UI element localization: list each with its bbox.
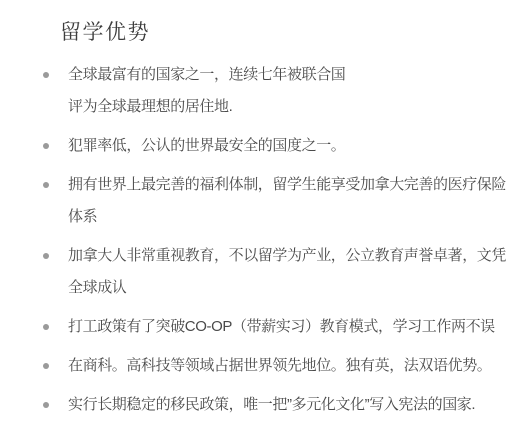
list-item-text: 犯罪率低，公认的世界最安全的国度之一。 [68,130,345,162]
list-item: 实行长期稳定的移民政策，唯一把”多元化文化”写入宪法的国家. [40,389,512,421]
list-item-text: 打工政策有了突破CO-OP（带薪实习）教育模式，学习工作两不误 [68,311,495,343]
bullet-icon [43,143,49,149]
list-item: 拥有世界上最完善的福利体制，留学生能享受加拿大完善的医疗保险 体系 [40,169,512,233]
list-item-text: 实行长期稳定的移民政策，唯一把”多元化文化”写入宪法的国家. [68,389,475,421]
list-item: 犯罪率低，公认的世界最安全的国度之一。 [40,130,512,162]
list-item: 在商科。高科技等领域占据世界领先地位。独有英，法双语优势。 [40,350,512,382]
bullet-icon [43,324,49,330]
list-item-text: 拥有世界上最完善的福利体制，留学生能享受加拿大完善的医疗保险 体系 [68,169,506,233]
list-item-text: 全球最富有的国家之一，连续七年被联合国 评为全球最理想的居住地. [68,59,345,123]
bullet-icon [43,72,49,78]
advantages-list: 全球最富有的国家之一，连续七年被联合国 评为全球最理想的居住地. 犯罪率低，公认… [40,59,512,421]
list-item-text: 加拿大人非常重视教育，不以留学为产业，公立教育声誉卓著，文凭 全球成认 [68,240,506,304]
list-item-text: 在商科。高科技等领域占据世界领先地位。独有英，法双语优势。 [68,350,491,382]
bullet-icon [43,363,49,369]
list-item: 打工政策有了突破CO-OP（带薪实习）教育模式，学习工作两不误 [40,311,512,343]
bullet-icon [43,182,49,188]
bullet-icon [43,402,49,408]
study-abroad-advantages-page: 留学优势 全球最富有的国家之一，连续七年被联合国 评为全球最理想的居住地. 犯罪… [0,0,512,438]
list-item: 全球最富有的国家之一，连续七年被联合国 评为全球最理想的居住地. [40,59,512,123]
list-item: 加拿大人非常重视教育，不以留学为产业，公立教育声誉卓著，文凭 全球成认 [40,240,512,304]
bullet-icon [43,253,49,259]
page-title: 留学优势 [60,20,512,45]
